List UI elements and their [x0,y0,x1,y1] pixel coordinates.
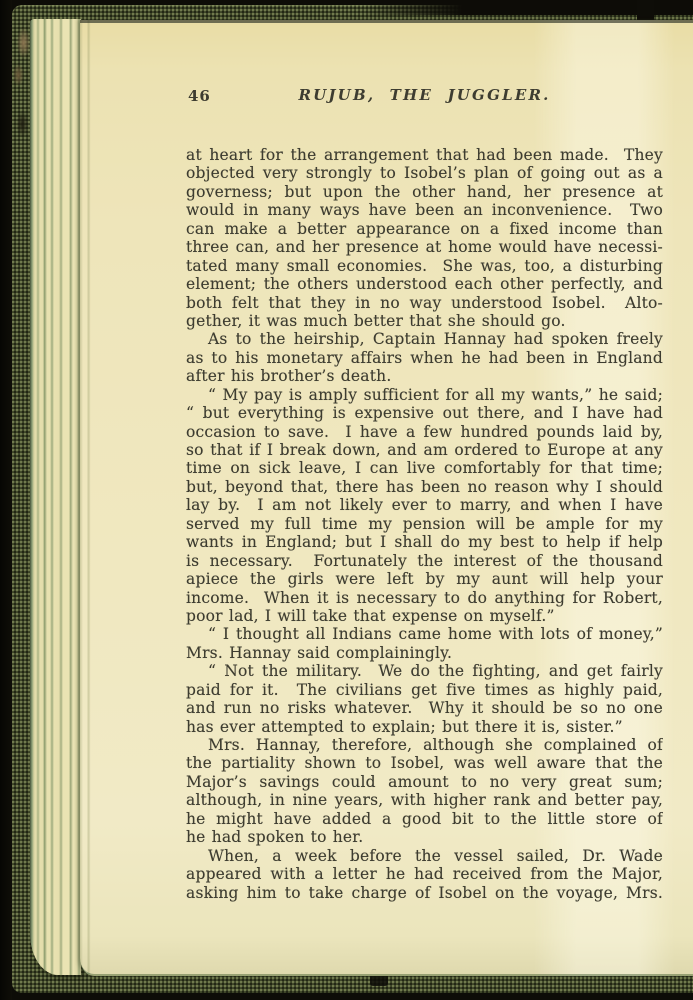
book-scan-photo: 46 RUJUB, THE JUGGLER. at heart for the … [0,0,693,1000]
printed-text-block: 46 RUJUB, THE JUGGLER. at heart for the … [186,86,663,902]
running-head: 46 RUJUB, THE JUGGLER. [186,86,663,116]
text-line: although, in nine years, with higher ran… [186,791,663,809]
running-header-title: RUJUB, THE JUGGLER. [186,86,663,104]
text-line: the partiality shown to Isobel, was well… [186,754,663,772]
text-line: would in many ways have been an inconven… [186,201,663,219]
paragraph: “ I thought all Indians came home with l… [186,625,663,662]
text-line: income. When it is necessary to do anyth… [186,589,663,607]
text-line: As to the heirship, Captain Hannay had s… [186,330,663,348]
text-line: wants in England; but I shall do my best… [186,533,663,551]
text-line: gether, it was much better that she shou… [186,312,663,330]
text-line: at heart for the arrangement that had be… [186,146,663,164]
text-line: When, a week before the vessel sailed, D… [186,847,663,865]
text-line: “ Not the military. We do the fighting, … [186,662,663,680]
text-line: appeared with a letter he had received f… [186,865,663,883]
text-line: “ but everything is expensive out there,… [186,404,663,422]
text-line: he had spoken to her. [186,828,663,846]
text-line: lay by. I am not likely ever to marry, a… [186,496,663,514]
text-line: “ My pay is amply sufficient for all my … [186,386,663,404]
text-line: apiece the girls were left by my aunt wi… [186,570,663,588]
text-line: governess; but upon the other hand, her … [186,183,663,201]
text-line: asking him to take charge of Isobel on t… [186,884,663,902]
text-line: as to his monetary affairs when he had b… [186,349,663,367]
text-line: both felt that they in no way understood… [186,294,663,312]
text-line: Major’s savings could amount to no very … [186,773,663,791]
paragraph: “ My pay is amply sufficient for all my … [186,386,663,626]
page-text: at heart for the arrangement that had be… [186,146,663,902]
text-line: element; the others understood each othe… [186,275,663,293]
page-edges-stack [30,19,81,975]
text-line: he might have added a good bit to the li… [186,810,663,828]
text-line: Mrs. Hannay said complainingly. [186,644,663,662]
paragraph: When, a week before the vessel sailed, D… [186,847,663,902]
text-line: time on sick leave, I can live comfortab… [186,459,663,477]
text-line: occasion to save. I have a few hundred p… [186,423,663,441]
paragraph: “ Not the military. We do the fighting, … [186,662,663,736]
text-line: paid for it. The civilians get five time… [186,681,663,699]
text-line: Mrs. Hannay, therefore, although she com… [186,736,663,754]
text-line: can make a better appearance on a fixed … [186,220,663,238]
text-line: objected very strongly to Isobel’s plan … [186,164,663,182]
text-line: so that if I break down, and am ordered … [186,441,663,459]
paragraph: Mrs. Hannay, therefore, although she com… [186,736,663,847]
text-line: “ I thought all Indians came home with l… [186,625,663,643]
text-line: three can, and her presence at home woul… [186,238,663,256]
text-line: is necessary. Fortunately the interest o… [186,552,663,570]
text-line: served my full time my pension will be a… [186,515,663,533]
text-line: but, beyond that, there has been no reas… [186,478,663,496]
text-line: tated many small economies. She was, too… [186,257,663,275]
paragraph: at heart for the arrangement that had be… [186,146,663,330]
text-line: poor lad, I will take that expense on my… [186,607,663,625]
text-line: has ever attempted to explain; but there… [186,718,663,736]
text-line: after his brother’s death. [186,367,663,385]
paragraph: As to the heirship, Captain Hannay had s… [186,330,663,385]
text-line: and run no risks whatever. Why it should… [186,699,663,717]
